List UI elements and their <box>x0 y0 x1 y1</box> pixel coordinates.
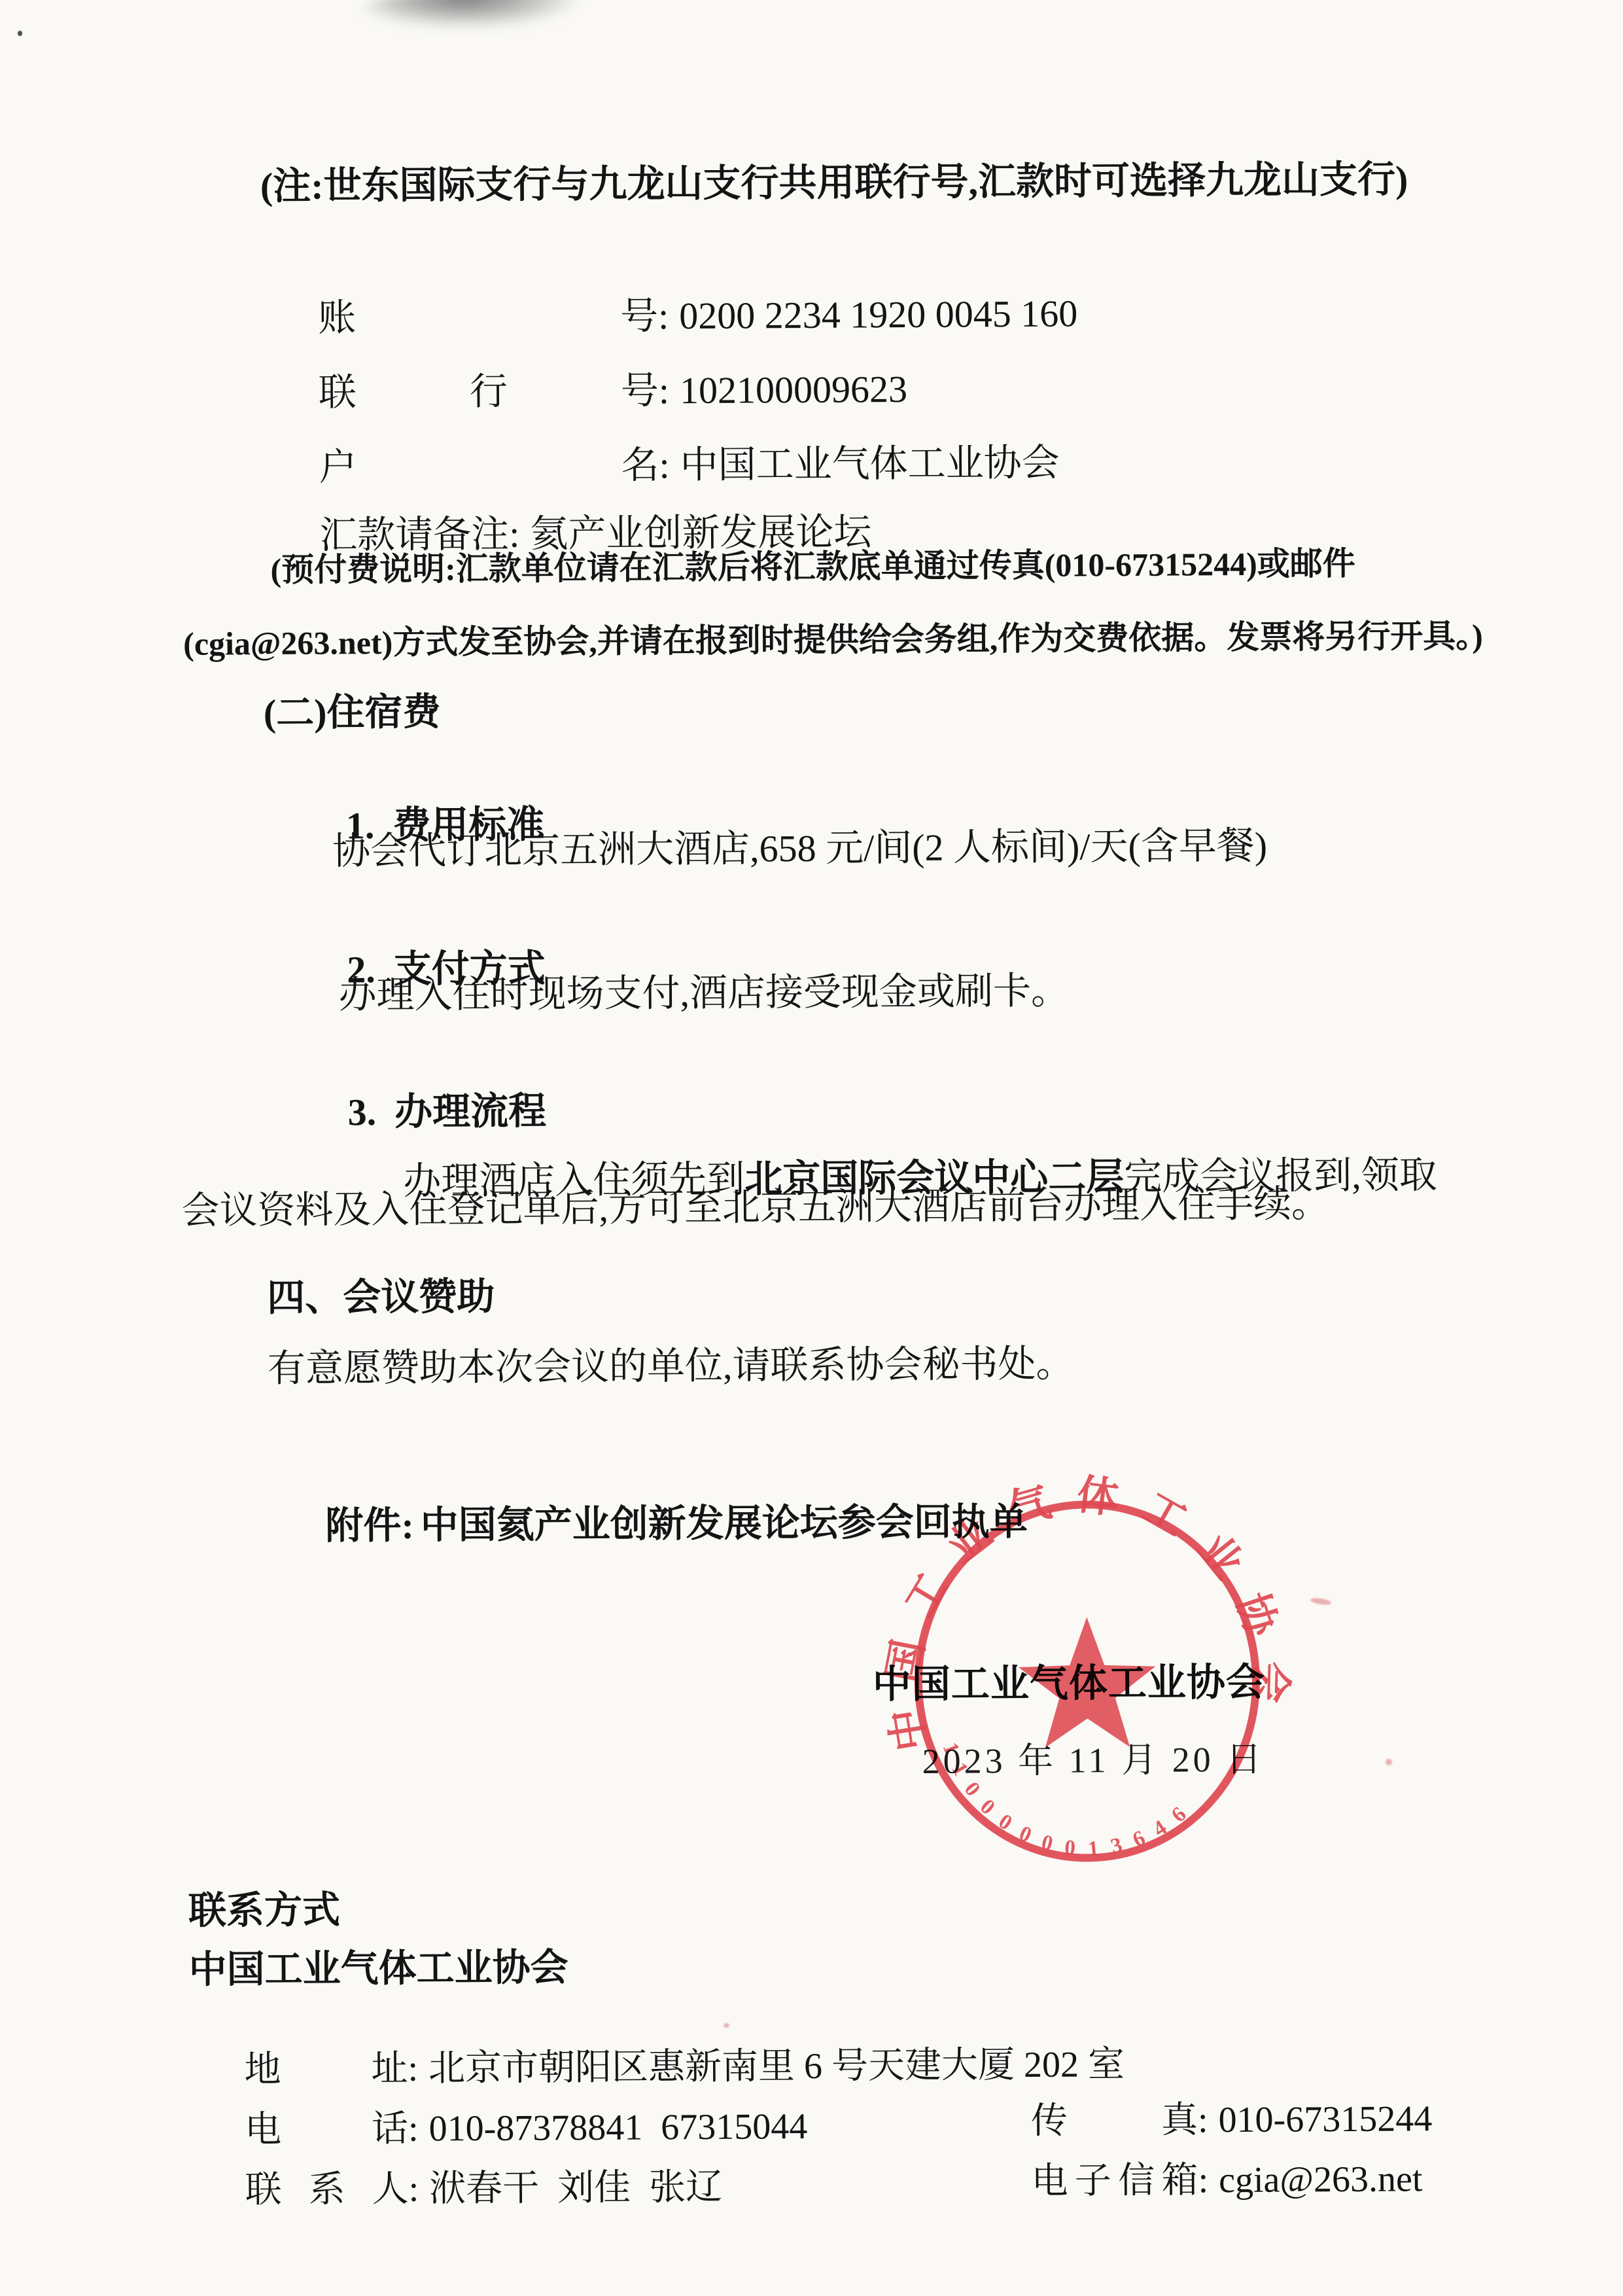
contact-person-value: 洑春干 刘佳 张辽 <box>429 2167 722 2210</box>
colon: : <box>408 2169 419 2210</box>
contact-person-label: 联系人 <box>245 2168 408 2212</box>
red-speck-artifact <box>724 2023 729 2028</box>
scanned-document-page: (注:世东国际支行与九龙山支行共用联行号,汇款时可选择九龙山支行) 账号:020… <box>0 0 1623 2296</box>
prepay-note-line2: (cgia@263.net)方式发至协会,并请在报到时提供给会务组,作为交费依据… <box>183 618 1483 663</box>
stamp-star-icon <box>1019 1617 1156 1748</box>
lodging-item2-body: 办理入住时现场支付,酒店接受现金或刷卡。 <box>338 970 1069 1018</box>
colon: : <box>1198 2161 1208 2201</box>
checkin-process-line2: 会议资料及入住登记单后,方可至北京五洲大酒店前台办理入住手续。 <box>181 1182 1329 1233</box>
contact-email-row: 电子信箱:cgia@263.net <box>976 2116 1423 2245</box>
contact-section-heading: 联系方式 <box>188 1888 340 1933</box>
bank-branch-note: (注:世东国际支行与九龙山支行共用联行号,汇款时可选择九龙山支行) <box>260 158 1408 208</box>
contact-person-row: 联系人:洑春干 刘佳 张辽 <box>190 2125 723 2254</box>
sponsor-heading: 四、会议赞助 <box>267 1275 495 1320</box>
lodging-item1-body: 协会代订北京五洲大酒店,658 元/间(2 人标间)/天(含早餐) <box>332 824 1267 874</box>
official-red-stamp: 中国工业气体工业协会 1100000013646 <box>857 1451 1318 1911</box>
colon: : <box>401 1504 414 1546</box>
document-content: (注:世东国际支行与九龙山支行共用联行号,汇款时可选择九龙山支行) 账号:020… <box>0 0 1623 2296</box>
email-label: 电子信箱 <box>1031 2160 1198 2203</box>
sponsor-body: 有意愿赞助本次会议的单位,请联系协会秘书处。 <box>268 1343 1074 1391</box>
contact-org-name: 中国工业气体工业协会 <box>188 1946 568 1992</box>
colon: : <box>509 512 520 555</box>
email-value: cgia@263.net <box>1219 2159 1423 2201</box>
lodging-heading: (二)住宿费 <box>264 690 441 735</box>
prepay-note-line1: (预付费说明:汇款单位请在汇款后将汇款底单通过传真(010-67315244)或… <box>270 545 1355 590</box>
attachment-label: 附件 <box>325 1504 401 1547</box>
red-speck-artifact <box>1386 1759 1392 1765</box>
